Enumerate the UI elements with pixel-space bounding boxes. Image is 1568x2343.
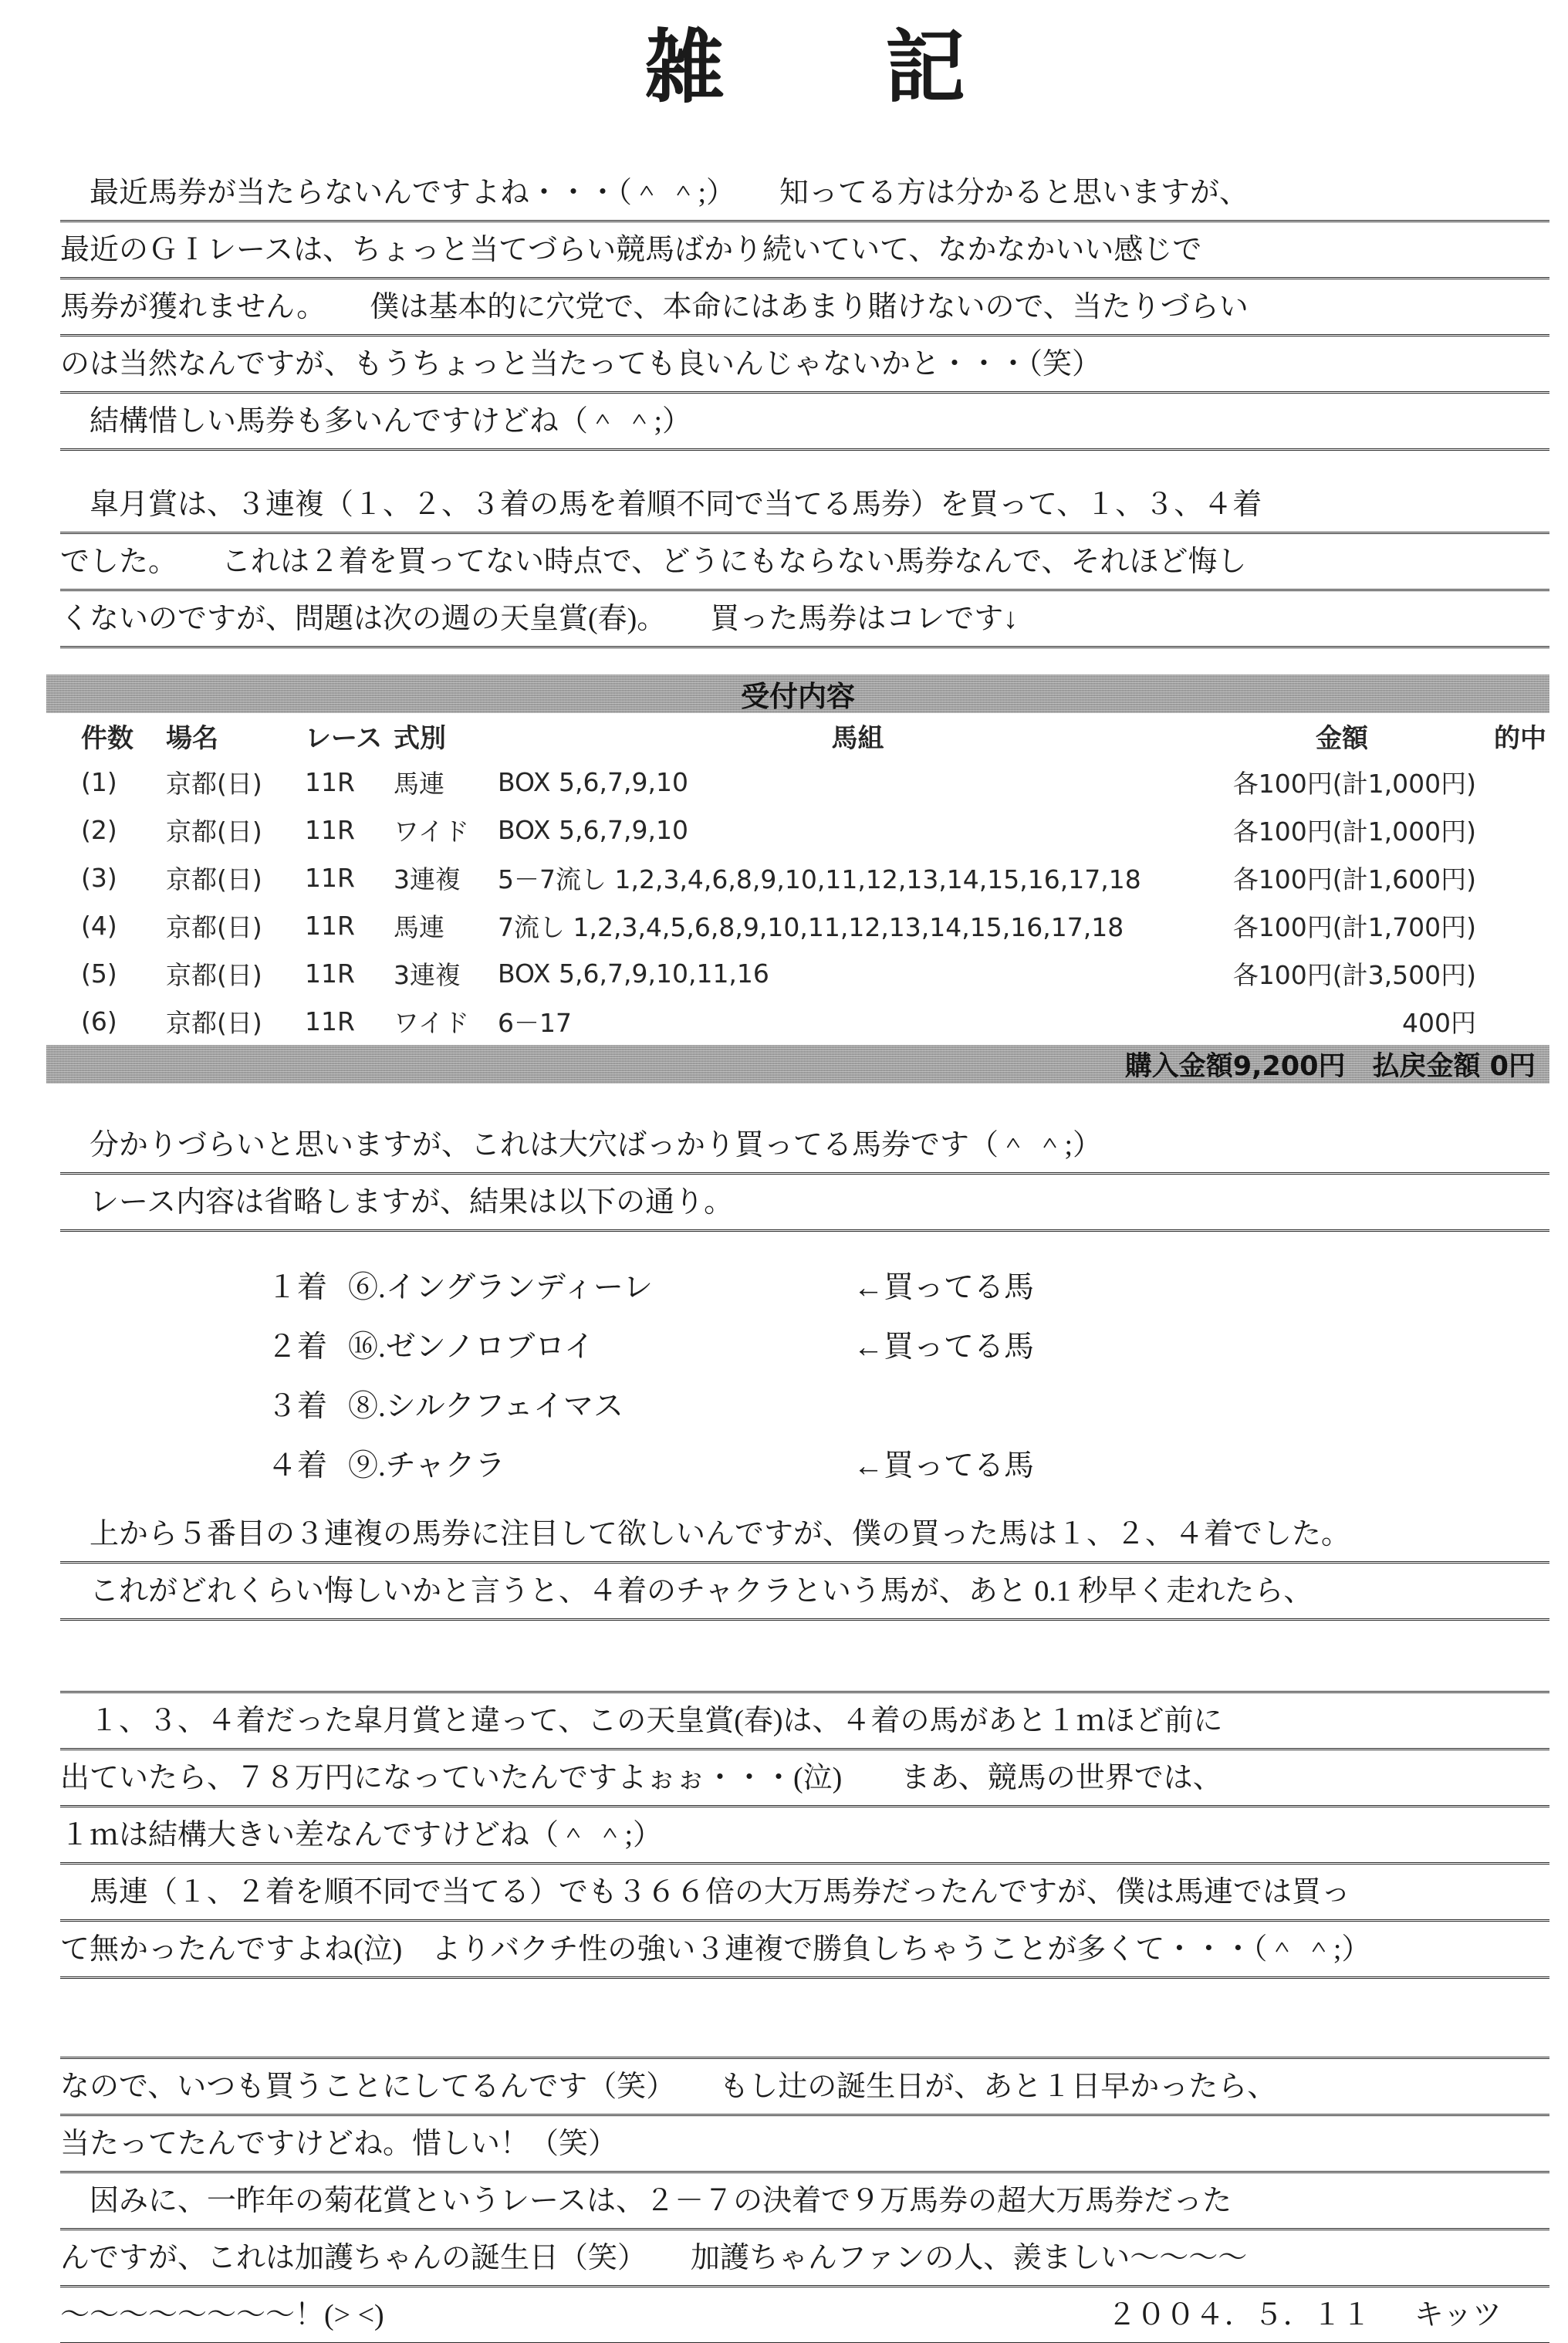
cell-amount: 各100円(計1,700円) <box>1218 908 1476 944</box>
cell-amount: 各100円(計1,600円) <box>1218 860 1476 896</box>
cell-place: 京都(日) <box>166 812 305 848</box>
cell-type: ワイド <box>394 1003 498 1040</box>
cell-place: 京都(日) <box>166 764 305 800</box>
text-line: 皐月賞は、３連複（１、２、３着の馬を着順不同で当てる馬券）を買って、１、３、４着 <box>60 477 1549 534</box>
spacer <box>384 2287 1107 2342</box>
text-line: なので、いつも買うことにしてるんです（笑） もし辻の誕生日が、あと１日早かったら… <box>60 2059 1549 2116</box>
cell-race: 11R <box>305 767 394 797</box>
cell-amount: 各100円(計3,500円) <box>1218 955 1476 992</box>
result-rank: １着 <box>267 1258 348 1317</box>
result-rank: ３着 <box>267 1377 348 1436</box>
paragraph-regret: 上から５番目の３連複の馬券に注目して欲しいんですが、僕の買った馬は１、２、４着で… <box>60 1506 1549 1979</box>
col-header-race: レース <box>305 717 394 755</box>
text-line: 最近のＧＩレースは、ちょっと当てづらい競馬ばかり続いていて、なかなかいい感じで <box>60 222 1549 279</box>
result-item: １着 ⑥.イングランディーレ ←買ってる馬 <box>267 1258 1549 1317</box>
text-line: 当たってたんですけどね。惜しい！（笑） <box>60 2116 1549 2173</box>
table-row: (6) 京都(日) 11R ワイド 6－17 400円 <box>46 997 1549 1045</box>
page-title: 雑 記 <box>60 11 1549 140</box>
cell-place: 京都(日) <box>166 1003 305 1040</box>
table-row: (5) 京都(日) 11R 3連複 BOX 5,6,7,9,10,11,16 各… <box>46 949 1549 997</box>
receipt-header-label: 受付内容 <box>741 673 855 715</box>
col-header-hit: 的中 <box>1476 717 1549 755</box>
cell-place: 京都(日) <box>166 908 305 944</box>
cell-type: 馬連 <box>394 908 498 944</box>
betting-receipt-table: 受付内容 件数 場名 レース 式別 馬組 金額 的中 (1) 京都(日) 11R… <box>46 674 1549 1084</box>
text-line: 分かりづらいと思いますが、これは大穴ばっかり買ってる馬券です（＾ ＾;） <box>60 1117 1549 1175</box>
cell-count: (3) <box>46 863 166 893</box>
cell-place: 京都(日) <box>166 955 305 992</box>
date-text: ２００４．５．１１ <box>1107 2287 1371 2342</box>
cell-amount: 各100円(計1,000円) <box>1218 812 1476 848</box>
result-note: ←買ってる馬 <box>853 1436 1034 1496</box>
receipt-totals: 購入金額9,200円 払戻金額 0円 <box>1125 1045 1536 1084</box>
text-line-wide-bet: 一番最後に、ワイド ６－１７という買い方をしていますが、これは６／１７が辻の誕生… <box>60 2002 1549 2059</box>
text-line: これがどれくらい悔しいかと言うと、４着のチャクラという馬が、あと 0.1 秒早く… <box>60 1564 1549 1621</box>
text-line: １ｍは結構大きい差なんですけどね（＾ ＾;） <box>60 1807 1549 1865</box>
text-line: んですが、これは加護ちゃんの誕生日（笑） 加護ちゃんファンの人、羨ましい〜〜〜〜 <box>60 2230 1549 2287</box>
cell-amount: 400円 <box>1218 1003 1476 1040</box>
table-row: (1) 京都(日) 11R 馬連 BOX 5,6,7,9,10 各100円(計1… <box>46 758 1549 806</box>
cell-count: (1) <box>46 767 166 797</box>
result-horse: ⑥.イングランディーレ <box>348 1258 853 1317</box>
text-line: 最近馬券が当たらないんですよね・・・（＾ ＾;） 知ってる方は分かると思いますが… <box>60 165 1549 222</box>
author-name: キッツ <box>1414 2287 1502 2342</box>
cell-race: 11R <box>305 958 394 989</box>
text-line: 上から５番目の３連複の馬券に注目して欲しいんですが、僕の買った馬は１、２、４着で… <box>60 1506 1549 1564</box>
result-horse: ⑨.チャクラ <box>348 1436 853 1496</box>
cell-type: 馬連 <box>394 764 498 800</box>
cell-amount: 各100円(計1,000円) <box>1218 764 1476 800</box>
col-header-type: 式別 <box>394 717 498 755</box>
result-rank: ４着 <box>267 1436 348 1496</box>
text-line: レース内容は省略しますが、結果は以下の通り。 <box>60 1175 1549 1232</box>
cell-horses: 7流し 1,2,3,4,5,6,8,9,10,11,12,13,14,15,16… <box>498 908 1218 944</box>
cell-type: 3連複 <box>394 955 498 992</box>
table-row: (3) 京都(日) 11R 3連複 5－7流し 1,2,3,4,6,8,9,10… <box>46 854 1549 901</box>
cell-type: 3連複 <box>394 860 498 896</box>
col-header-place: 場名 <box>166 717 305 755</box>
cell-race: 11R <box>305 863 394 893</box>
receipt-column-headers: 件数 場名 レース 式別 馬組 金額 的中 <box>46 713 1549 758</box>
text-line: のは当然なんですが、もうちょっと当たっても良いんじゃないかと・・・（笑） <box>60 336 1549 394</box>
cell-race: 11R <box>305 911 394 941</box>
cell-race: 11R <box>305 1006 394 1036</box>
cell-horses: 5－7流し 1,2,3,4,6,8,9,10,11,12,13,14,15,16… <box>498 860 1218 896</box>
cell-count: (4) <box>46 911 166 941</box>
col-header-amount: 金額 <box>1218 717 1476 755</box>
result-horse: ⑯.ゼンノロブロイ <box>348 1317 853 1377</box>
cell-place: 京都(日) <box>166 860 305 896</box>
text-line: 出ていたら、７８万円になっていたんですよぉぉ・・・(泣) まあ、競馬の世界では、 <box>60 1750 1549 1807</box>
cell-count: (6) <box>46 1006 166 1036</box>
signature-line: 〜〜〜〜〜〜〜〜！(> <) ２００４．５．１１ キッツ <box>60 2287 1549 2343</box>
receipt-footer-bar: 購入金額9,200円 払戻金額 0円 <box>46 1045 1549 1084</box>
text-line: １、３、４着だった皐月賞と違って、この天皇賞(春)は、４着の馬があと１ｍほど前に <box>60 1693 1549 1750</box>
result-note: ←買ってる馬 <box>853 1317 1034 1377</box>
paragraph-satsukisho: 皐月賞は、３連複（１、２、３着の馬を着順不同で当てる馬券）を買って、１、３、４着… <box>60 477 1549 648</box>
col-header-horses: 馬組 <box>498 717 1218 755</box>
squiggle-text: 〜〜〜〜〜〜〜〜！(> <) <box>60 2287 384 2342</box>
race-results-list: １着 ⑥.イングランディーレ ←買ってる馬 ２着 ⑯.ゼンノロブロイ ←買ってる… <box>267 1258 1549 1496</box>
text-line: でした。 これは２着を買ってない時点で、どうにもならない馬券なんで、それほど悔し <box>60 534 1549 591</box>
text-line: 馬連（１、２着を順不同で当てる）でも３６６倍の大万馬券だったんですが、僕は馬連で… <box>60 1865 1549 1922</box>
result-item: ３着 ⑧.シルクフェイマス <box>267 1377 1549 1436</box>
text-line: 因みに、一昨年の菊花賞というレースは、２－７の決着で９万馬券の超大万馬券だった <box>60 2173 1549 2230</box>
table-row: (4) 京都(日) 11R 馬連 7流し 1,2,3,4,5,6,8,9,10,… <box>46 901 1549 949</box>
paragraph-birthday: 一番最後に、ワイド ６－１７という買い方をしていますが、これは６／１７が辻の誕生… <box>60 2002 1549 2343</box>
receipt-header-bar: 受付内容 <box>46 674 1549 713</box>
result-horse: ⑧.シルクフェイマス <box>348 1377 853 1436</box>
cell-horses: BOX 5,6,7,9,10 <box>498 815 1218 845</box>
result-rank: ２着 <box>267 1317 348 1377</box>
cell-horses: 6－17 <box>498 1003 1218 1040</box>
paragraph-explanation: 分かりづらいと思いますが、これは大穴ばっかり買ってる馬券です（＾ ＾;） レース… <box>60 1117 1549 1232</box>
cell-count: (2) <box>46 815 166 845</box>
cell-horses: BOX 5,6,7,9,10 <box>498 767 1218 797</box>
cell-count: (5) <box>46 958 166 989</box>
col-header-count: 件数 <box>46 717 166 755</box>
text-line: 馬券が獲れません。 僕は基本的に穴党で、本命にはあまり賭けないので、当たりづらい <box>60 279 1549 336</box>
cell-type: ワイド <box>394 812 498 848</box>
table-row: (2) 京都(日) 11R ワイド BOX 5,6,7,9,10 各100円(計… <box>46 806 1549 854</box>
text-line-odds: ７８００倍（超絶大万馬券）の３連複（×１００円分）が当たっていたんです(苦) <box>60 1621 1549 1693</box>
result-item: ４着 ⑨.チャクラ ←買ってる馬 <box>267 1436 1549 1496</box>
result-item: ２着 ⑯.ゼンノロブロイ ←買ってる馬 <box>267 1317 1549 1377</box>
cell-horses: BOX 5,6,7,9,10,11,16 <box>498 958 1218 989</box>
paragraph-intro: 最近馬券が当たらないんですよね・・・（＾ ＾;） 知ってる方は分かると思いますが… <box>60 165 1549 451</box>
result-note: ←買ってる馬 <box>853 1258 1034 1317</box>
scanned-document-page: 雑 記 最近馬券が当たらないんですよね・・・（＾ ＾;） 知ってる方は分かると思… <box>0 0 1568 2343</box>
cell-race: 11R <box>305 815 394 845</box>
text-line: 結構惜しい馬券も多いんですけどね（＾ ＾;） <box>60 394 1549 451</box>
text-line: て無かったんですよね(泣) よりバクチ性の強い３連複で勝負しちゃうことが多くて・… <box>60 1922 1549 1979</box>
text-line: くないのですが、問題は次の週の天皇賞(春)。 買った馬券はコレです↓ <box>60 591 1549 648</box>
